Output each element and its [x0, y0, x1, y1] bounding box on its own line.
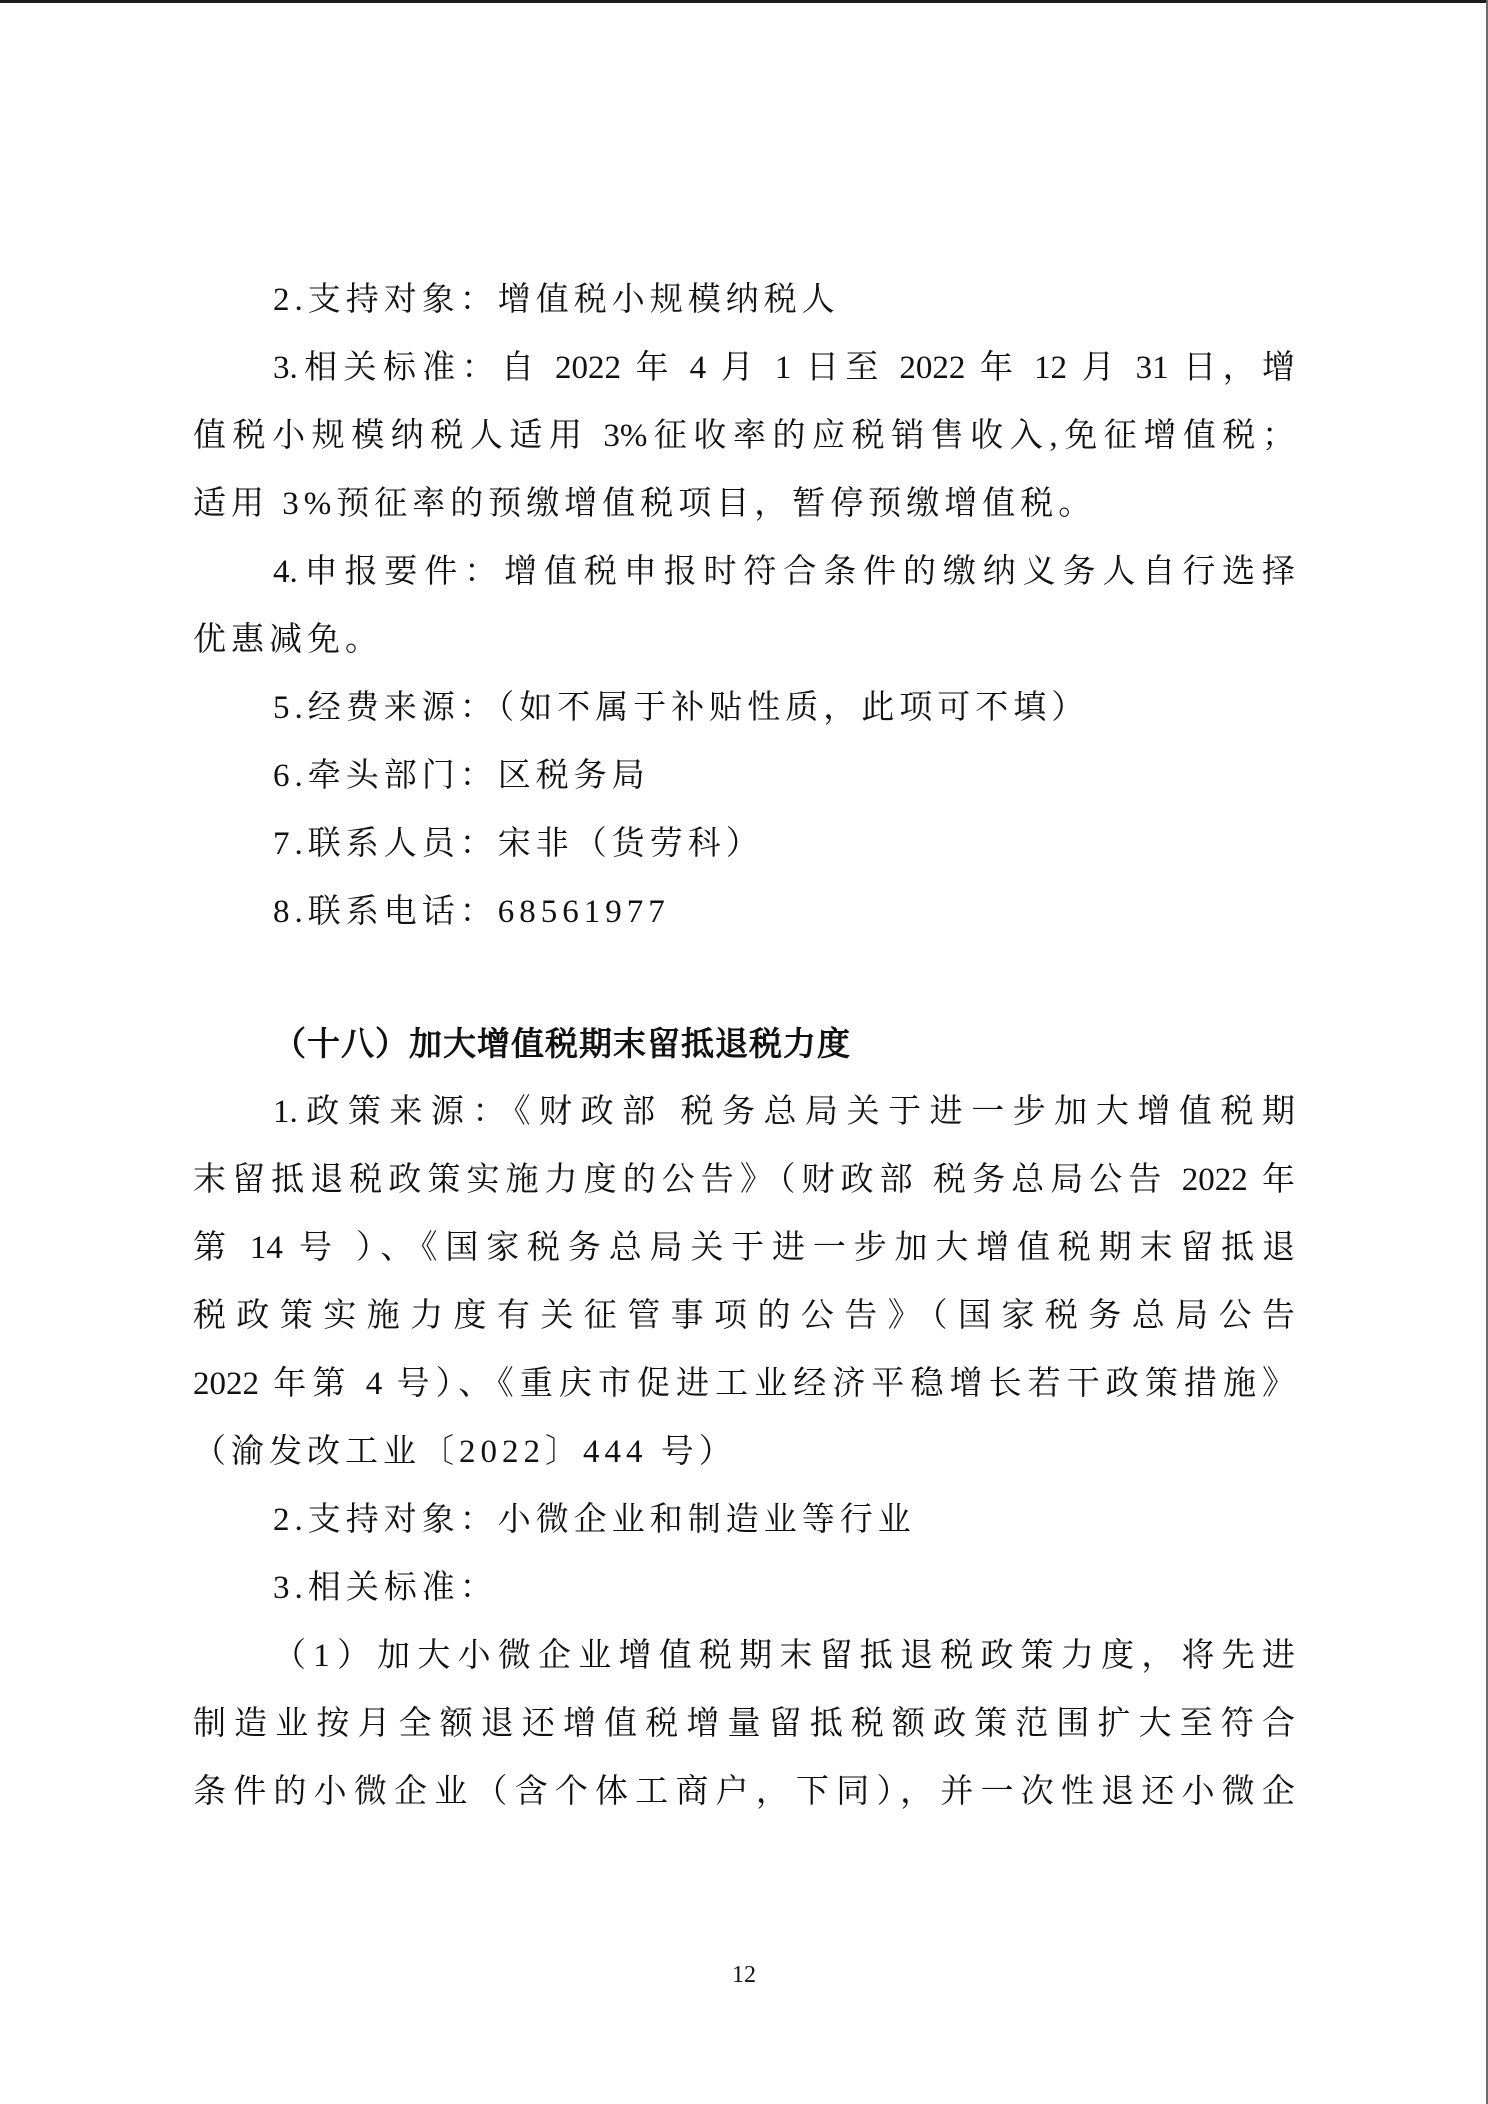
contact-phone-line: 8.联系电话：68561977 [273, 878, 1295, 946]
page-number: 12 [0, 1962, 1488, 1989]
standard-line-2: 值税小规模纳税人适用 3%征收率的应税销售收入,免征增值税； [193, 402, 1295, 470]
contact-person-line: 7.联系人员：宋非（货劳科） [273, 810, 1295, 878]
support-target-line: 2.支持对象：增值税小规模纳税人 [273, 266, 1295, 334]
declaration-line-2: 优惠减免。 [193, 606, 1295, 674]
lead-department-line: 6.牵头部门：区税务局 [273, 742, 1295, 810]
policy-source-line-4: 税政策实施力度有关征管事项的公告》（国家税务总局公告 [193, 1282, 1295, 1350]
standard-line-3: 适用 3%预征率的预缴增值税项目，暂停预缴增值税。 [193, 470, 1295, 538]
related-standard-label: 3.相关标准： [273, 1554, 1295, 1622]
standard-item-1-line-3: 条件的小微企业（含个体工商户，下同），并一次性退还小微企 [193, 1758, 1295, 1826]
policy-source-line-5: 2022 年第 4 号）、《重庆市促进工业经济平稳增长若干政策措施》 [193, 1350, 1295, 1418]
policy-source-line-2: 末留抵退税政策实施力度的公告》（财政部 税务总局公告 2022 年 [193, 1146, 1295, 1214]
policy-source-line-6: （渝发改工业〔2022〕444 号） [193, 1418, 1295, 1486]
policy-source-line-3: 第 14 号 ）、《国家税务总局关于进一步加大增值税期末留抵退 [193, 1214, 1295, 1282]
section-heading: （十八）加大增值税期末留抵退税力度 [273, 1010, 1295, 1078]
support-target-line: 2.支持对象：小微企业和制造业等行业 [273, 1486, 1295, 1554]
funding-source-line: 5.经费来源：（如不属于补贴性质，此项可不填） [273, 674, 1295, 742]
page-top-border [0, 0, 1488, 3]
standard-item-1-line-1: （1）加大小微企业增值税期末留抵退税政策力度，将先进 [273, 1622, 1295, 1690]
standard-item-1-line-2: 制造业按月全额退还增值税增量留抵税额政策范围扩大至符合 [193, 1690, 1295, 1758]
standard-line-1: 3.相关标准：自 2022 年 4 月 1 日至 2022 年 12 月 31 … [273, 334, 1295, 402]
declaration-line-1: 4.申报要件：增值税申报时符合条件的缴纳义务人自行选择 [273, 538, 1295, 606]
policy-source-line-1: 1.政策来源：《财政部 税务总局关于进一步加大增值税期 [273, 1078, 1295, 1146]
